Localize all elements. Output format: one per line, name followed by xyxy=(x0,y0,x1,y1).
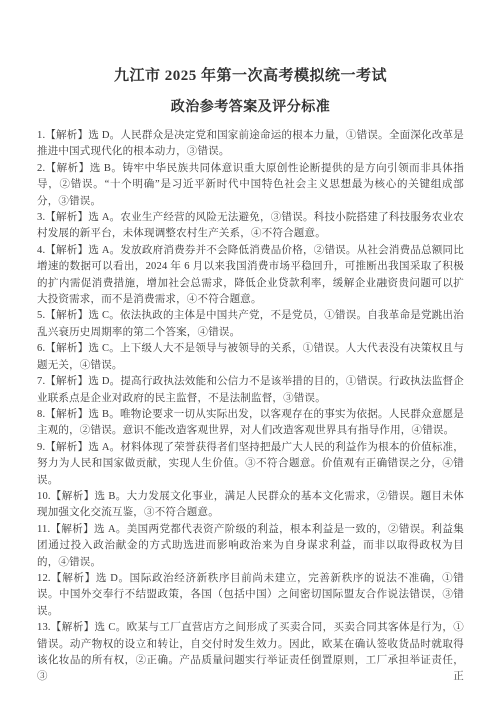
document-page: 九江市 2025 年第一次高考模拟统一考试 政治参考答案及评分标准 1.【解析】… xyxy=(0,0,500,707)
answer-item-13: 13.【解析】选 C。欧某与工厂直营店方之间形成了买卖合同，买卖合同其客体是行为… xyxy=(37,620,464,686)
answer-item-10: 10.【解析】选 B。大力发展文化事业，满足人民群众的基本文化需求，②错误。题目… xyxy=(37,489,464,522)
answer-item-11: 11.【解析】选 A。美国两党都代表资产阶级的利益，根本利益是一致的，②错误。利… xyxy=(37,522,464,571)
answer-item-12: 12.【解析】选 D。国际政治经济新秩序目前尚未建立，完善新秩序的说法不准确，①… xyxy=(37,571,464,620)
answer-item-9: 9.【解析】选 A。材料体现了荣誉获得者们坚持把最广大人民的利益作为根本的价值标… xyxy=(37,440,464,489)
answer-item-4: 4.【解析】选 A。发放政府消费券并不会降低消费品价格，②错误。从社会消费品总额… xyxy=(37,243,464,309)
document-subtitle: 政治参考答案及评分标准 xyxy=(37,99,464,117)
answer-item-2: 2.【解析】选 B。铸牢中华民族共同体意识重大原创性论断提供的是方向引领而非具体… xyxy=(37,161,464,210)
answer-item-1: 1.【解析】选 D。人民群众是决定党和国家前途命运的根本力量，①错误。全面深化改… xyxy=(37,128,464,161)
answer-item-6: 6.【解析】选 C。上下级人大不是领导与被领导的关系，①错误。人大代表没有决策权… xyxy=(37,341,464,374)
document-title: 九江市 2025 年第一次高考模拟统一考试 xyxy=(37,66,464,86)
answer-item-8: 8.【解析】选 B。唯物论要求一切从实际出发，以客观存在的事实为依据。人民群众意… xyxy=(37,407,464,440)
answer-item-3: 3.【解析】选 A。农业生产经营的风险无法避免，③错误。科技小院搭建了科技服务农… xyxy=(37,210,464,243)
answer-item-7: 7.【解析】选 D。提高行政执法效能和公信力不是该举措的目的，①错误。行政执法监… xyxy=(37,374,464,407)
answer-item-5: 5.【解析】选 C。依法执政的主体是中国共产党，不是党员，①错误。自我革命是党跳… xyxy=(37,308,464,341)
answers-body: 1.【解析】选 D。人民群众是决定党和国家前途命运的根本力量，①错误。全面深化改… xyxy=(37,128,464,686)
